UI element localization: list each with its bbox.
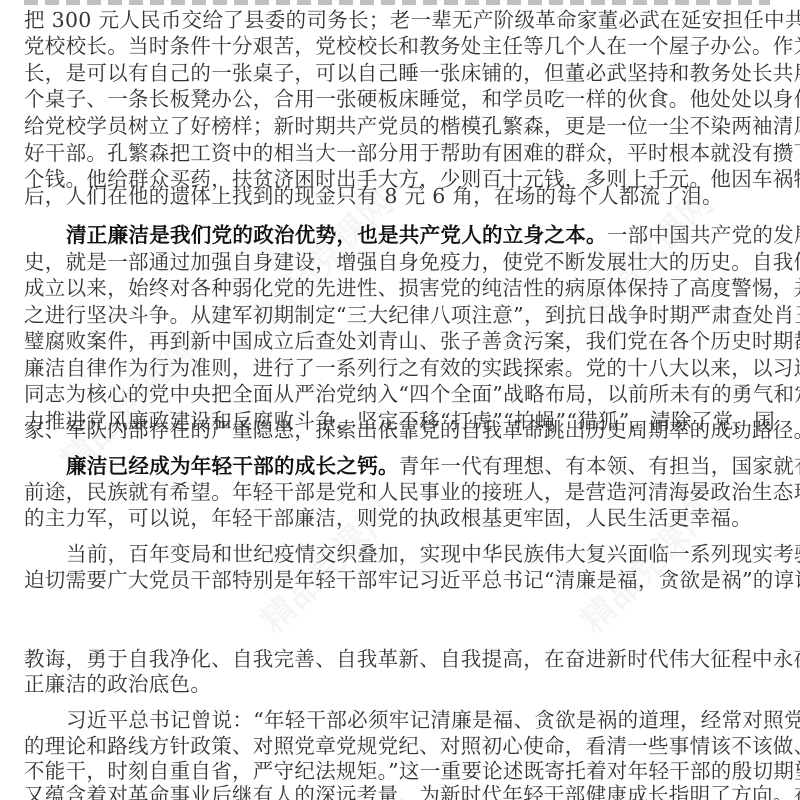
text-line: 廉洁已经成为年轻干部的成长之钙。青年一代有理想、有本领、有担当，国家就有 [24,453,770,479]
paragraph-heading: 廉洁已经成为年轻干部的成长之钙。 [66,454,399,478]
text-line: 廉洁自律作为行为准则，进行了一系列行之有效的实践探索。党的十八大以来，以习近平 [24,355,770,381]
text-line: 同志为核心的党中央把全面从严治党纳入“四个全面”战略布局，以前所未有的勇气和定 [24,381,770,407]
text-line: 给党校学员树立了好榜样；新时期共产党员的楷模孔繁森，更是一位一尘不染两袖清风的 [24,113,770,139]
text-line: 又蕴含着对革命事业后继有人的深远考量，为新时代年轻干部健康成长指明了方向。在 [24,782,770,800]
text-line: 把 300 元人民币交给了县委的司务长；老一辈无产阶级革命家董必武在延安担任中共… [24,7,770,33]
text-line: 党校校长。当时条件十分艰苦，党校校长和教务处主任等几个人在一个屋子办公。作为校 [24,33,770,59]
text-line: 的理论和路线方针政策、对照党章党规党纪、对照初心使命，看清一些事情该不该做、能 [24,733,770,759]
text-line: 习近平总书记曾说：“年轻干部必须牢记清廉是福、贪欲是祸的道理，经常对照党 [24,707,770,733]
text-line: 清正廉洁是我们党的政治优势，也是共产党人的立身之本。一部中国共产党的发展 [24,222,770,248]
text-line: 不能干，时刻自重自省，严守纪法规矩。”这一重要论述既寄托着对年轻干部的殷切期望， [24,758,770,784]
text-line: 当前，百年变局和世纪疫情交织叠加，实现中华民族伟大复兴面临一系列现实考验， [24,541,770,567]
text-line: 长，是可以有自己的一张桌子，可以自己睡一张床铺的，但董必武坚持和教务处长共用一 [24,60,770,86]
text-span: 一部中国共产党的发展 [607,223,800,247]
text-line: 前途，民族就有希望。年轻干部是党和人民事业的接班人，是营造河清海晏政治生态环境 [24,479,770,505]
text-line: 家、军队内部存在的严重隐患，探索出依靠党的自我革命跳出历史周期率的成功路径。 [24,417,770,443]
text-line: 正廉洁的政治底色。 [24,671,770,697]
text-line: 后，人们在他的遗体上找到的现金只有 8 元 6 角，在场的每个人都流了泪。 [24,183,770,209]
document-page: 精品党课网 精品党课网 精品党课网 精品党课网 精品党课网 把 300 元人民币… [0,0,800,800]
text-line: 教诲，勇于自我净化、自我完善、自我革新、自我提高，在奋进新时代伟大征程中永葆清 [24,646,770,672]
text-line: 的主力军，可以说，年轻干部廉洁，则党的执政根基更牢固，人民生活更幸福。 [24,505,770,531]
text-line: 史，就是一部通过加强自身建设，增强自身免疫力，使党不断发展壮大的历史。自我们党 [24,249,770,275]
text-line: 成立以来，始终对各种弱化党的先进性、损害党的纯洁性的病原体保持了高度警惕，并与 [24,275,770,301]
text-span: 青年一代有理想、有本领、有担当，国家就有 [399,454,800,478]
paragraph-heading: 清正廉洁是我们党的政治优势，也是共产党人的立身之本。 [66,223,607,247]
text-line: 个桌子、一条长板凳办公，合用一张硬板床睡觉，和学员吃一样的伙食。他处处以身作则， [24,86,770,112]
text-line: 好干部。孔繁森把工资中的相当大一部分用于帮助有困难的群众，平时根本就没有攒下几 [24,140,770,166]
text-line: 迫切需要广大党员干部特别是年轻干部牢记习近平总书记“清廉是福，贪欲是祸”的谆谆 [24,567,770,593]
text-line: 之进行坚决斗争。从建军初期制定“三大纪律八项注意”，到抗日战争时期严肃查处肖玉 [24,302,770,328]
text-line: 璧腐败案件，再到新中国成立后查处刘青山、张子善贪污案，我们党在各个历史时期都把 [24,328,770,354]
clipped-text-line [24,0,770,5]
